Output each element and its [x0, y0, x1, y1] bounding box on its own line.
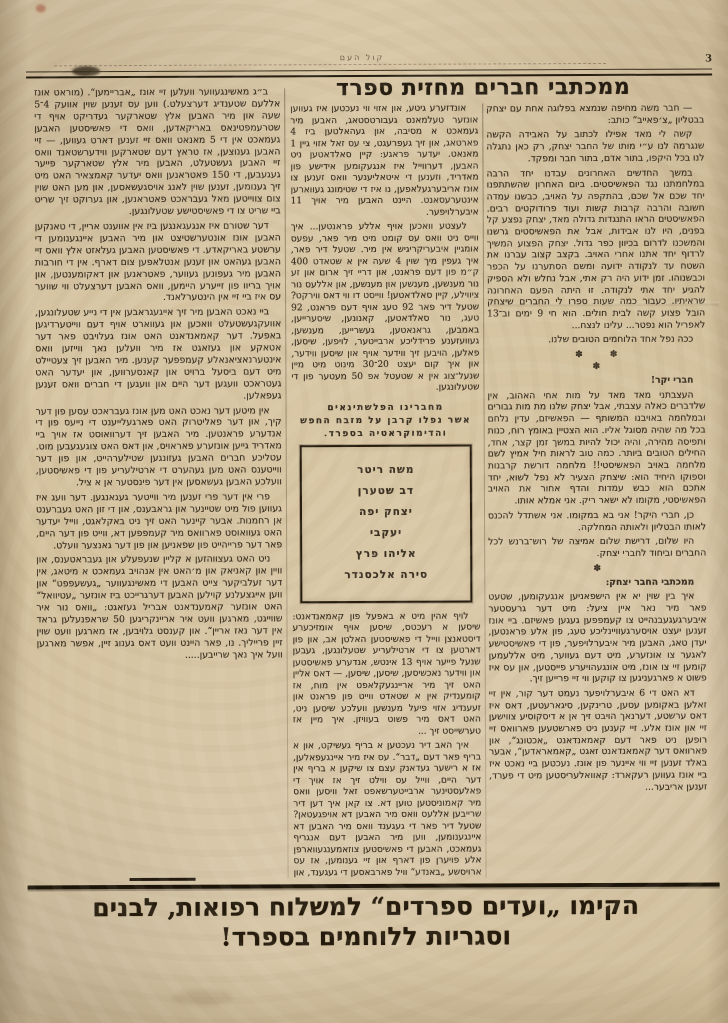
paragraph: איך האב דיר נעכטען א בריף געשיקט, און א …	[293, 740, 482, 880]
letter1-closing-line: ככה נפל אחד הלוחמים הטובים שלנו.	[487, 334, 705, 347]
middle-paragraphs-before-box: אונדזערע גיטע, און אזוי ווי נעכטען איז ג…	[290, 103, 479, 394]
flower-ornament-icon: ✽	[487, 361, 705, 374]
memorial-heading-line: והדימוקראטיה בספרד.	[292, 427, 480, 441]
memorial-heading: מחברינו הפלשתינאיםאשר נפלו קרבן על מזבח …	[292, 401, 480, 441]
column-middle: אונדזערע גיטע, און אזוי ווי נעכטען איז ג…	[290, 103, 481, 880]
letter3-heading: ממכתבי החבר יצחק:	[488, 576, 706, 589]
paper-stain	[172, 990, 232, 1006]
left-column-end-rule	[130, 878, 196, 881]
paragraph: איך בין שוין יא אין הישפאניען אנגעקומען,…	[488, 591, 706, 686]
slogan-line-1: הקימו „ועדים ספרדים“ למשלוח רפואות, לבני…	[2, 889, 728, 923]
page-headline: ממכתבי חברים מחזית ספרד	[278, 74, 688, 102]
slogan-line-2: וסגריות ללוחמים בספרד!	[2, 920, 728, 952]
newspaper-page: קול העם 3 ממכתבי חברים מחזית ספרד ב״ג מא…	[0, 0, 728, 1023]
paragraph: העצבתני מאד מאד על מות אחי האהוב, אין של…	[487, 389, 706, 507]
column-right: — חבר משה מחיפה שנמצא בפלוגה אחת עם יצחק…	[486, 103, 707, 882]
paragraph: דא האט די 6 איבערלויפער נעמט דער קור, אי…	[489, 687, 707, 793]
paragraph: לויף אהין מיט א באפעל פון קאמאנדאנט: שיס…	[292, 611, 481, 738]
paragraph: היו שלום, דרישת שלום אמיצה של רוש־ברנש ל…	[488, 536, 706, 560]
memorial-box: משה ריטרדב שטערןיצחק יפהיעקביאליהו פרץסי…	[300, 444, 473, 603]
paragraph: אין מיטען דער נאכט האט מען אונז געבראכט …	[36, 405, 282, 489]
paragraph: ביי נאכט האבען מיר זיך אייגעגראבען אין ד…	[35, 307, 281, 403]
paragraph: פרי אין דער פרי זענען מיר ווייטער געגאנג…	[36, 491, 282, 552]
flower-ornament-icon: ✽ ✽	[487, 349, 705, 362]
paragraph: קשה לי מאד אפילו לכתוב על האבידה הקשה שנ…	[486, 129, 704, 165]
paragraph: דער שטורם איז אנגעגאנגען ביז אין אווענט …	[35, 220, 281, 304]
paragraph: אונדזערע גיטע, און אזוי ווי נעכטען איז ג…	[290, 103, 479, 219]
masthead-dash-rule	[54, 63, 606, 66]
paragraph: לעצטע וואכען אויף אללע פראנטען... איך וו…	[291, 221, 480, 394]
letter3-paragraphs: איך בין שוין יא אין הישפאניען אנגעקומען,…	[488, 591, 707, 794]
fallen-comrade-name: סירה אלכסנדר	[302, 564, 470, 586]
page-number: 3	[705, 53, 712, 64]
fallen-comrade-name: דב שטערן	[302, 480, 470, 502]
letter2-heading: חברי יקר!	[487, 375, 705, 388]
footer-slogan: הקימו „ועדים ספרדים“ למשלוח רפואות, לבני…	[2, 889, 728, 952]
fallen-comrade-name: משה ריטר	[302, 459, 470, 481]
section-divider-flowers: ✽ ✽ ✽	[487, 349, 705, 374]
letter2-paragraphs: העצבתני מאד מאד על מות אחי האהוב, אין של…	[487, 389, 706, 560]
fallen-comrade-name: יעקבי	[302, 522, 470, 544]
letter1-paragraphs: קשה לי מאד אפילו לכתוב על האבידה הקשה שנ…	[486, 129, 705, 332]
paragraph: ב״ג מאשינגעווער וועלען זיי אונז „אבריימע…	[34, 86, 281, 218]
paragraph: ניט האט געצווהזען א קליין שנעפעלע און גע…	[36, 554, 282, 662]
section-divider-flower: ✽	[488, 562, 706, 575]
fallen-comrade-name: יצחק יפה	[302, 501, 470, 523]
newspaper-sheet: קול העם 3 ממכתבי חברים מחזית ספרד ב״ג מא…	[0, 0, 728, 1023]
column-divider-rule	[284, 88, 288, 878]
memorial-heading-line: אשר נפלו קרבן על מזבח החפש	[292, 414, 480, 428]
memorial-heading-line: מחברינו הפלשתינאים	[292, 401, 480, 415]
footer-rule	[28, 882, 720, 889]
column-left: ב״ג מאשינגעווער וועלען זיי אונז „אבריימע…	[34, 86, 283, 879]
letter-intro-line: — חבר משה מחיפה שנמצא בפלוגה אחת עם יצחק…	[486, 103, 704, 127]
flower-ornament-icon: ✽	[488, 562, 706, 575]
middle-paragraphs-after-box: לויף אהין מיט א באפעל פון קאמאנדאנט: שיס…	[292, 611, 481, 880]
paragraph: כן, חברי היקר! אני בא במקומו. אני אשתדל …	[488, 509, 706, 533]
running-title: קול העם	[0, 51, 726, 63]
paper-stain	[36, 4, 46, 12]
fallen-comrade-name: אליהו פרץ	[302, 543, 470, 565]
paragraph: במשך החדשים האחרונים עבדנו יחד הרבה במלח…	[487, 167, 706, 332]
